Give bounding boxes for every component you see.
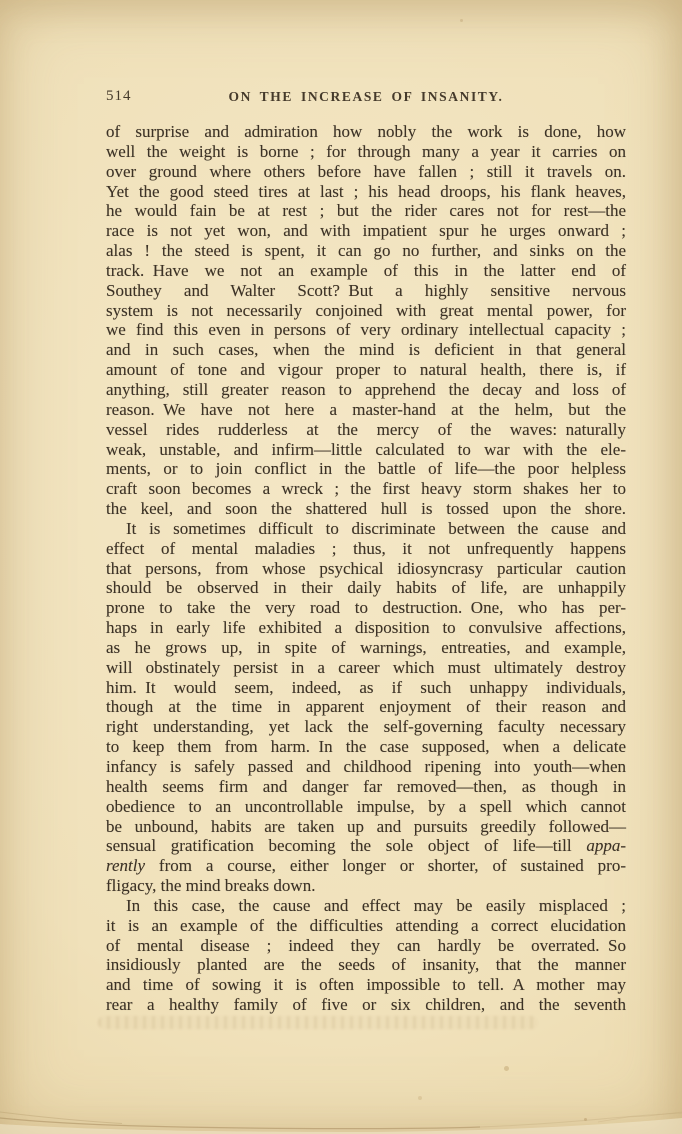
text-line: to keep them from harm. In the case supp… [106,737,626,757]
text-line: of mental disease ; indeed they can hard… [106,936,626,956]
text-line: him. It would seem, indeed, as if such u… [106,678,626,698]
text-line: system is not necessarily conjoined with… [106,301,626,321]
text-line: rear a healthy family of five or six chi… [106,995,626,1015]
text-line: haps in early life exhibited a dispositi… [106,618,626,638]
text-line: In this case, the cause and effect may b… [106,896,626,916]
text-line: the keel, and soon the shattered hull is… [106,499,626,519]
text-line: that persons, from whose psychical idios… [106,559,626,579]
text-line: well the weight is borne ; for through m… [106,142,626,162]
text-line: health seems firm and danger far removed… [106,777,626,797]
text-block: of surprise and admiration how nobly the… [106,122,626,1015]
text-line: prone to take the very road to destructi… [106,598,626,618]
text-line: infancy is safely passed and childhood r… [106,757,626,777]
reverse-page-show-through [98,1016,538,1029]
text-line: obedience to an uncontrollable impulse, … [106,797,626,817]
text-line: should be observed in their daily habits… [106,578,626,598]
text-line: insidiously planted are the seeds of ins… [106,955,626,975]
text-line: fligacy, the mind breaks down. [106,876,626,896]
text-line: rently from a course, either longer or s… [106,856,626,876]
text-line: track. Have we not an example of this in… [106,261,626,281]
page-bottom-edge [0,1094,682,1134]
book-page: 514 ON THE INCREASE OF INSANITY. of surp… [0,0,682,1134]
text-line: weak, unstable, and infirm—little calcul… [106,440,626,460]
text-line: we find this even in persons of very ord… [106,320,626,340]
text-line: and time of sowing it is often impossibl… [106,975,626,995]
text-line: he would fain be at rest ; but the rider… [106,201,626,221]
text-line: It is sometimes difficult to discriminat… [106,519,626,539]
text-line: Yet the good steed tires at last ; his h… [106,182,626,202]
text-line: anything, still greater reason to appreh… [106,380,626,400]
running-title: ON THE INCREASE OF INSANITY. [106,89,626,105]
paragraph: of surprise and admiration how nobly the… [106,122,626,519]
paragraph: In this case, the cause and effect may b… [106,896,626,1015]
text-line: right understanding, yet lack the self-g… [106,717,626,737]
text-line: it is an example of the difficulties att… [106,916,626,936]
text-line: sensual gratification becoming the sole … [106,836,626,856]
text-line: effect of mental maladies ; thus, it not… [106,539,626,559]
text-line: craft soon becomes a wreck ; the first h… [106,479,626,499]
foxing-spot [460,19,463,22]
foxing-spot [504,1066,509,1071]
text-line: vessel rides rudderless at the mercy of … [106,420,626,440]
text-line: reason. We have not here a master-hand a… [106,400,626,420]
text-line: race is not yet won, and with impatient … [106,221,626,241]
text-line: amount of tone and vigour proper to natu… [106,360,626,380]
text-line: be unbound, habits are taken up and purs… [106,817,626,837]
page-header: 514 ON THE INCREASE OF INSANITY. [106,88,626,106]
text-line: over ground where others before have fal… [106,162,626,182]
text-line: will obstinately persist in a career whi… [106,658,626,678]
paragraph: It is sometimes difficult to discriminat… [106,519,626,896]
text-line: as he grows up, in spite of warnings, en… [106,638,626,658]
text-line: though at the time in apparent enjoyment… [106,697,626,717]
text-line: ments, or to join conflict in the battle… [106,459,626,479]
text-line: of surprise and admiration how nobly the… [106,122,626,142]
text-line: Southey and Walter Scott? But a highly s… [106,281,626,301]
text-line: alas ! the steed is spent, it can go no … [106,241,626,261]
text-line: and in such cases, when the mind is defi… [106,340,626,360]
